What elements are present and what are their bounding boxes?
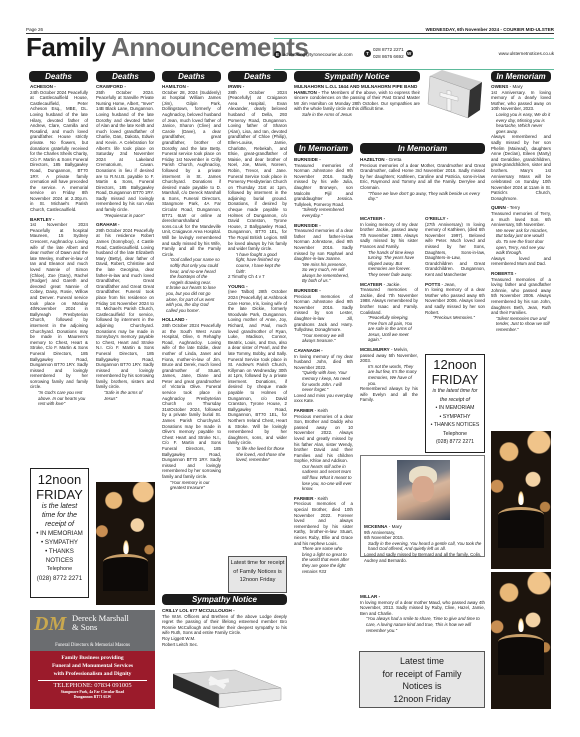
latest-time-box-small: Latest time for receipt of Family Notice… [228, 556, 287, 593]
contact-strip: E advertising@tyronecourier.uk.com T 028… [274, 38, 554, 70]
section-header-deaths-4: Deaths [228, 71, 287, 82]
website-link[interactable]: www.ulsternetnotices.co.uk [499, 51, 554, 56]
candle-image-right-bottom [491, 572, 551, 709]
notice-text: October 28, 2024 (Suddenly) at hospital … [162, 90, 221, 258]
deaths-column-3: HAMILTON - October 28, 2024 (Suddenly) a… [162, 84, 221, 491]
dereck-marshall-advert: DM Dereck Marshall & Sons Funeral Direct… [30, 610, 155, 709]
memoriam-column-7: O'REILLY - (27th Anniversary) In loving … [425, 216, 485, 321]
deadline-box-right: 12noon FRIDAY is the latest time for the… [425, 354, 485, 453]
notice-text: 25th October 2024. Peacefully at Sanvill… [96, 90, 154, 213]
email-contact[interactable]: E advertising@tyronecourier.uk.com [274, 51, 353, 58]
section-header-deaths-2: Deaths [96, 71, 155, 82]
notice-verse: It broke our hearts to lose you, but you… [162, 285, 221, 313]
section-header-sympathy-2: Sympathy Notice [162, 594, 287, 605]
phone-icon: T [364, 50, 371, 57]
section-header-sympathy: Sympathy Notice [294, 71, 420, 82]
notice-text: 28th October 2024 (Peacefully) at Craiga… [228, 90, 287, 252]
notice-text: 29th October 2024 Peacefully at his resi… [96, 228, 154, 390]
notice-text: (nee Talbot) 28th October 2024 (Peaceful… [228, 289, 287, 446]
candle-flame-icon [518, 491, 524, 505]
sympathy-notice-crilly: CRILLY LOL 677 MCCULLOUGH - The W.M. Off… [162, 608, 287, 647]
candle-flame-icon [123, 540, 129, 554]
memoriam-column-6: MCATEER - In loving memory of my dear br… [360, 216, 418, 403]
latest-time-box-large: Latest time for receipt of Family Notice… [359, 651, 485, 708]
dm-monogram-logo: DM [34, 613, 66, 636]
notice-verse: "Requiescat in pace" [96, 213, 154, 219]
mckenna-photo [397, 460, 450, 520]
sympathy-notice-mulnahorn: MULNAHORN L.O.L 1644 AND MULNAHORN PIPE … [294, 84, 420, 118]
section-header-in-memoriam-right: In Memoriam [491, 71, 551, 82]
bible-icon [424, 68, 484, 120]
section-header-in-memoriam-1: In Memoriam [294, 143, 353, 154]
memoriam-millar: MILLAR - In loving memory of a dear moth… [360, 594, 485, 633]
section-header-in-memoriam-2: In Memoriam [360, 143, 485, 154]
email-icon: E [274, 51, 281, 58]
deadline-box-left: 12noon FRIDAY is the latest time for the… [30, 468, 89, 598]
notice-verse: "In God's care you rest above. In our he… [30, 390, 88, 407]
deaths-column-4: IRWIN - 28th October 2024 (Peacefully) a… [228, 84, 287, 463]
notice-text: 24th October 2024 Peacefully at Castleca… [30, 90, 88, 213]
marshall-phone[interactable]: TELEPHONE: 07834 091005 [38, 680, 147, 690]
notice-text: 1st November 2024 Peacefully at hospital… [30, 222, 88, 390]
page-title: Family Announcements [26, 33, 308, 61]
memoriam-hazelton: HAZELTON - Gretta Precious memories of a… [360, 157, 485, 202]
candle-image-left [96, 482, 155, 605]
phone-contact[interactable]: T 028 8772 2271 028 8676 6692 W [364, 46, 413, 60]
candle-flame-icon [518, 618, 524, 632]
notice-verse: "Your memory is our greatest treasure" [162, 480, 221, 491]
web-icon: W [406, 50, 413, 57]
notice-verse: 'God called your name so softly that onl… [162, 257, 221, 285]
section-header-deaths-1: Deaths [29, 71, 88, 82]
memoriam-column-8: OWENS - Mary 1st Anniversary. In loving … [491, 84, 551, 333]
section-header-deaths-3: Deaths [162, 71, 221, 82]
notice-text: 28th October 2024 Peacefully at the Sout… [162, 323, 221, 480]
notice-verse: 'In life she lived for those she loved, … [228, 446, 287, 463]
bible-icon-bottom [165, 668, 285, 710]
memoriam-column-5: BURNSIDE - Treasured memories of Norman … [294, 157, 353, 574]
candle-image-right-top [491, 431, 551, 569]
memoriam-mckenna-frame: MCKENNA - Mary 9th Anniversary, 6th Nove… [360, 455, 485, 557]
deaths-column-1: ACHESON - 24th October 2024 Peacefully a… [30, 84, 88, 407]
deaths-column-2: CRAWFORD - 25th October 2024. Peacefully… [96, 84, 154, 401]
notice-verse: "Safe in the arms of Jesus" [96, 390, 154, 401]
notice-verse: 'I have fought a good fight, have finish… [228, 252, 287, 274]
issue-date: WEDNESDAY, 6th November 2024 - COURIER M… [426, 27, 554, 32]
